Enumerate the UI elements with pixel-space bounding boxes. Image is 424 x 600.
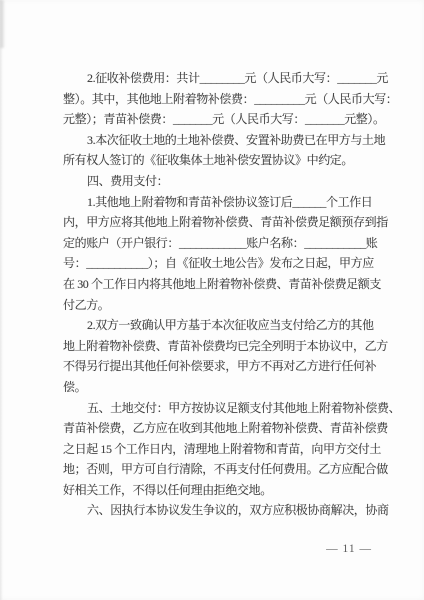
- section-heading-disputes: 六、因执行本协议发生争议的，双方应积极协商解决，协商: [63, 500, 399, 521]
- text-line: 地上附着物补偿费、青苗补偿费均已完全列明于本协议中，乙方: [63, 336, 399, 357]
- text-line: 定的账户（开户银行：____________账户名称：___________账: [63, 233, 399, 254]
- document-page: 2.征收补偿费用：共计________元（人民币大写：_______元 整）。其…: [0, 0, 424, 600]
- agreement-text-block: 2.征收补偿费用：共计________元（人民币大写：_______元 整）。其…: [63, 68, 399, 521]
- section-heading-land-delivery: 五、土地交付：甲方按协议足额支付其他地上附着物补偿费、: [63, 398, 399, 419]
- text-line: 2.双方一致确认甲方基于本次征收应当支付给乙方的其他: [63, 315, 399, 336]
- text-line: 不得另行提出其他任何补偿要求，甲方不再对乙方进行任何补: [63, 356, 399, 377]
- text-line: 内，甲方应将其他地上附着物补偿费、青苗补偿费足额预存到指: [63, 212, 399, 233]
- text-line: 3.本次征收土地的土地补偿费、安置补助费已在甲方与土地: [63, 130, 399, 151]
- text-line: 号：___________）；自《征收土地公告》发布之日起，甲方应: [63, 253, 399, 274]
- text-line: 1.其他地上附着物和青苗补偿协议签订后______个工作日: [63, 192, 399, 213]
- text-line: 所有权人签订的《征收集体土地补偿安置协议》中约定。: [63, 150, 399, 171]
- text-line: 好相关工作，不得以任何理由拒绝交地。: [63, 480, 399, 501]
- section-heading-fees: 四、费用支付：: [63, 171, 399, 192]
- page-number: — 11 —: [326, 543, 372, 555]
- text-line: 整）。其中，其他地上附着物补偿费：_________元（人民币大写：: [63, 89, 399, 110]
- text-line: 2.征收补偿费用：共计________元（人民币大写：_______元: [63, 68, 399, 89]
- text-line: 元整）；青苗补偿费：_______元（人民币大写：_______元整）。: [63, 109, 399, 130]
- text-line: 偿。: [63, 377, 399, 398]
- text-line: 之日起 15 个工作日内，清理地上附着物和青苗，向甲方交付土: [63, 439, 399, 460]
- text-line: 付乙方。: [63, 295, 399, 316]
- text-line: 青苗补偿费，乙方应在收到其他地上附着物补偿费、青苗补偿费: [63, 418, 399, 439]
- text-line: 地；否则，甲方可自行清除，不再支付任何费用。乙方应配合做: [63, 459, 399, 480]
- text-line: 在 30 个工作日内将其他地上附着物补偿费、青苗补偿费足额支: [63, 274, 399, 295]
